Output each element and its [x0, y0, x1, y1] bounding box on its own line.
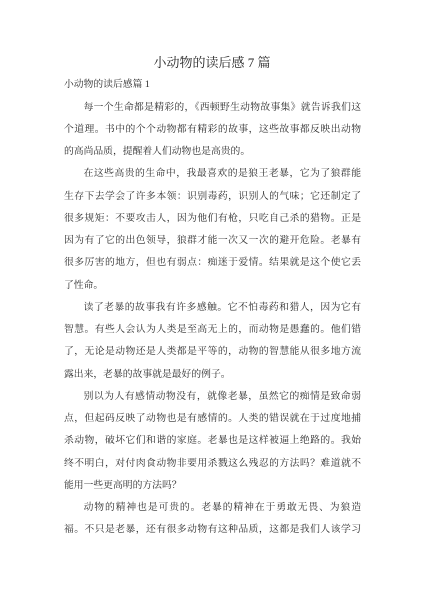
paragraph-line: 动物的精神也是可贵的。老暴的精神在于勇敢无畏、为狼造	[64, 497, 361, 519]
paragraph-line: 生存下去学会了许多本领：识别毒药，识别人的气味；它还制定了	[64, 186, 361, 208]
paragraph-1: 每一个生命都是精彩的，《西顿野生动物故事集》就告诉我们这 个道理。书中的个个动物…	[64, 97, 361, 164]
paragraph-line: 智慧。有些人会认为人类是至高无上的，而动物是愚蠢的。他们错	[64, 319, 361, 341]
paragraph-4: 别以为人有感情动物没有，就像老暴，虽然它的痴情是致命弱 点，但起码反映了动物也是…	[64, 386, 361, 497]
paragraph-line: 别以为人有感情动物没有，就像老暴，虽然它的痴情是致命弱	[64, 386, 361, 408]
paragraph-line: 杀动物，破坏它们和谐的家庭。老暴也是这样被逼上绝路的。我始	[64, 430, 361, 452]
paragraph-line: 了性命。	[64, 275, 361, 297]
document-title: 小动物的读后感 7 篇	[0, 52, 424, 74]
paragraph-line: 在这些高贵的生命中，我最喜欢的是狼王老暴，它为了狼群能	[64, 163, 361, 185]
paragraph-line: 了，无论是动物还是人类都是平等的，动物的智慧能从很多地方流	[64, 341, 361, 363]
paragraph-line: 读了老暴的故事我有许多感触。它不怕毒药和猎人，因为它有	[64, 297, 361, 319]
paragraph-line: 很多规矩：不要攻击人，因为他们有枪，只吃自己杀的猎物。正是	[64, 208, 361, 230]
section-heading: 小动物的读后感篇 1	[64, 74, 361, 96]
paragraph-5: 动物的精神也是可贵的。老暴的精神在于勇敢无畏、为狼造 福。不只是老暴，还有很多动…	[64, 497, 361, 542]
paragraph-3: 读了老暴的故事我有许多感触。它不怕毒药和猎人，因为它有 智慧。有些人会认为人类是…	[64, 297, 361, 386]
paragraph-line: 终不明白，对付肉食动物非要用杀戮这么残忍的方法吗？难道就不	[64, 453, 361, 475]
paragraph-line: 的高尚品质，提醒着人们动物也是高贵的。	[64, 141, 361, 163]
paragraph-line: 个道理。书中的个个动物都有精彩的故事，这些故事都反映出动物	[64, 119, 361, 141]
paragraph-line: 很多厉害的地方，但也有弱点：痴迷于爱情。结果就是这个使它丢	[64, 252, 361, 274]
paragraph-line: 因为有了它的出色领导，狼群才能一次又一次的避开危险。老暴有	[64, 230, 361, 252]
paragraph-line: 福。不只是老暴，还有很多动物有这种品质，这都是我们人该学习	[64, 519, 361, 541]
document-body: 小动物的读后感篇 1 每一个生命都是精彩的，《西顿野生动物故事集》就告诉我们这 …	[64, 74, 361, 541]
document-page: 小动物的读后感 7 篇 小动物的读后感篇 1 每一个生命都是精彩的，《西顿野生动…	[0, 0, 424, 600]
paragraph-line: 点，但起码反映了动物也是有感情的。人类的错误就在于过度地捕	[64, 408, 361, 430]
paragraph-line: 每一个生命都是精彩的，《西顿野生动物故事集》就告诉我们这	[64, 97, 361, 119]
paragraph-2: 在这些高贵的生命中，我最喜欢的是狼王老暴，它为了狼群能 生存下去学会了许多本领：…	[64, 163, 361, 297]
paragraph-line: 能用一些更高明的方法吗？	[64, 475, 361, 497]
paragraph-line: 露出来，老暴的故事就是最好的例子。	[64, 364, 361, 386]
